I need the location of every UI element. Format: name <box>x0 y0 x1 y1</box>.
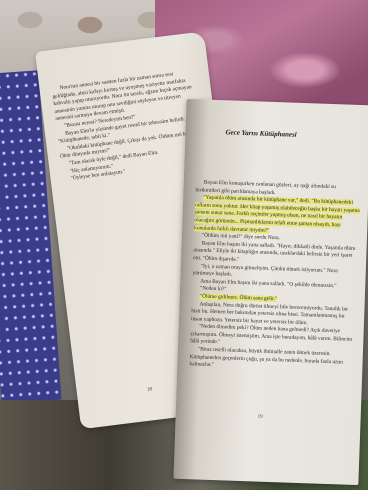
chapter-title: Gece Yarısı Kütüphanesi <box>225 128 296 138</box>
page-number: 18 <box>147 387 153 393</box>
highlighted-text: "Yaşamla ölüm arasında bir kütüphane var… <box>194 195 360 234</box>
paragraph-text: Bayan Elm konuşurken canlanan gözleri, a… <box>195 180 336 196</box>
paragraph-text: "Neden ki?" <box>200 286 227 293</box>
paragraph-text: Anlaşılan, Nora doğru dürüst ölmeyi bile… <box>191 301 348 326</box>
page-number: 19 <box>258 415 263 420</box>
paragraph-text: "Neden ölmedim peki? Ölüm neden bana gel… <box>190 324 352 346</box>
photo-scene: Nora'nın annesi bir saatten fazla bir za… <box>0 0 368 490</box>
highlighted-paragraph: "Yaşamla ölüm arasında bir kütüphane var… <box>194 194 361 238</box>
right-page: Gece Yarısı Kütüphanesi Bayan Elm konuşu… <box>173 99 368 485</box>
paragraph: "Biraz teselli olacaksa, büyük ihtimalle… <box>189 346 356 375</box>
right-page-text: Bayan Elm konuşurken canlanan gözleri, a… <box>189 179 362 375</box>
